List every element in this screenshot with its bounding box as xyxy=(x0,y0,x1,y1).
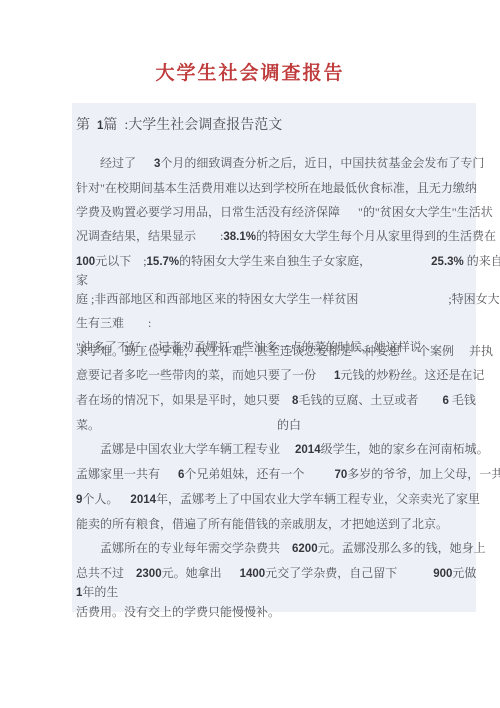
text-line: 1年的生 xyxy=(76,586,476,600)
text-line: 孟娜所在的专业每年需交学杂费共 6200元。孟娜没那么多的钱，她身上 xyxy=(76,536,476,561)
text-line: 学费及购置必要学习用品，日常生活没有经济保障 "的"贫困女大学生"生活状 xyxy=(76,200,476,224)
text-line: 9个人。 2014年，孟娜考上了中国农业大学车辆工程专业，父亲卖光了家里 xyxy=(76,487,476,512)
text-line: 求学难。勤工俭学难，找工作难，甚至连谈恋爱都是一种妄想 个案例 并执 xyxy=(76,339,476,363)
text-line: 菜。 的白 xyxy=(76,413,476,437)
content-panel: 第 1篇 :大学生社会调查报告范文 经过了 3个月的细致调查分析之后，近日，中国… xyxy=(72,103,476,612)
text-line: 总共不过 2300元。她拿出 1400元交了学杂费，自己留下 900元做 xyxy=(76,561,476,586)
text-line: 能卖的所有粮食，借遍了所有能借钱的亲戚朋友，才把她送到了北京。 xyxy=(76,512,476,536)
text-line: 家 xyxy=(76,274,476,287)
text-line: 生有三难 : xyxy=(76,311,476,335)
text-line: 者在场的情况下，如果是平时，她只要 8毛钱的豆腐、土豆或者 6 毛钱 xyxy=(76,388,476,413)
text-line: 孟娜家里一共有 6个兄弟姐妹，还有一个 70多岁的爷爷，加上父母，一共有 xyxy=(76,462,476,487)
page-title: 大学生社会调查报告 xyxy=(0,58,500,85)
text-line: 针对"在校期间基本生活费用难以达到学校所在地最低伙食标准，且无力缴纳 xyxy=(76,176,476,200)
text-line: 第 1篇 :大学生社会调查报告范文 xyxy=(76,112,476,140)
text-line: 100元以下 ;15.7%的特困女大学生来自独生子女家庭， 25.3% 的来自城… xyxy=(76,249,476,274)
text-line: 庭 ;非西部地区和西部地区来的特困女大学生一样贫困 ;特困女大学 xyxy=(76,287,476,311)
text-line: 意要记者多吃一些带肉的菜，而她只要了一份 1元钱的炒粉丝。这还是在记 xyxy=(76,363,476,388)
text-line: 况调查结果，结果显示 :38.1%的特困女大学生每个月从家里得到的生活费在 xyxy=(76,224,476,249)
text-line: 孟娜是中国农业大学车辆工程专业 2014级学生，她的家乡在河南柘城。 xyxy=(76,437,476,462)
text-lines-container: 第 1篇 :大学生社会调查报告范文 经过了 3个月的细致调查分析之后，近日，中国… xyxy=(76,112,476,624)
text-line: 活费用。没有交上的学费只能慢慢补。 xyxy=(76,600,476,624)
text-line: 经过了 3个月的细致调查分析之后，近日，中国扶贫基金会发布了专门 xyxy=(76,151,476,176)
